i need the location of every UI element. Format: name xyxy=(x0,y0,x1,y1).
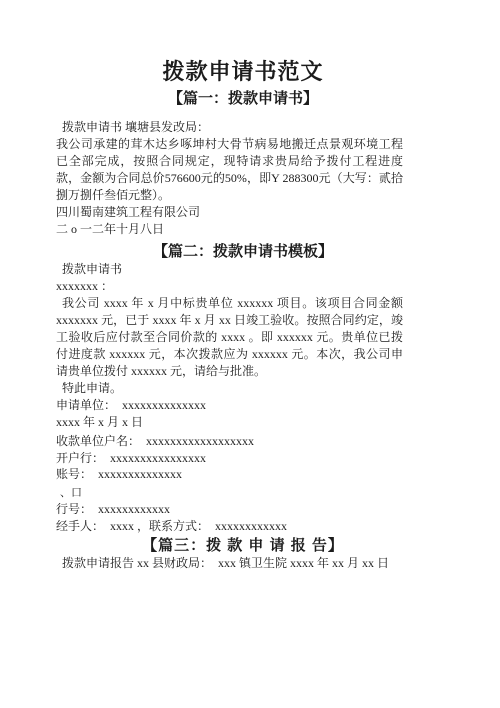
part1-date-line: 二 o 一二年十月八日 xyxy=(56,221,403,238)
part1-heading: 【篇一：拨款申请书】 xyxy=(0,89,500,108)
part2-doc-title: 拨款申请书 xyxy=(56,261,403,278)
part1-salutation: 拨款申请书 壤塘县发改局： xyxy=(56,119,403,136)
field-account-number: 账号： xxxxxxxxxxxxxx xyxy=(56,466,403,483)
part1-company-signature: 四川蜀南建筑工程有限公司 xyxy=(56,204,403,221)
part2-salutation: xxxxxxx ： xyxy=(56,278,403,295)
document-body: 拨款申请书范文 【篇一：拨款申请书】 拨款申请书 壤塘县发改局： 我公司承建的茸… xyxy=(0,0,500,572)
part3-intro-line: 拨款申请报告 xx 县财政局： xxx 镇卫生院 xxxx 年 xx 月 xx … xyxy=(56,555,403,572)
page-title: 拨款申请书范文 xyxy=(0,59,500,85)
part2-heading: 【篇二：拨款申请书模板】 xyxy=(0,242,500,261)
part1-body-paragraph: 我公司承建的茸木达乡啄坤村大骨节病易地搬迁点景观环境工程已全部完成，按照合同规定… xyxy=(56,136,403,204)
document-page: { "document": { "title": "拨款申请书范文", "col… xyxy=(0,0,500,708)
field-branch-number: 行号： xxxxxxxxxxxx xyxy=(56,501,403,518)
part2-body-paragraph: 我公司 xxxx 年 x 月中标贵单位 xxxxxx 项目。该项目合同金额 xx… xyxy=(56,295,403,380)
part1-section: 拨款申请书 壤塘县发改局： 我公司承建的茸木达乡啄坤村大骨节病易地搬迁点景观环境… xyxy=(56,119,403,238)
field-payee-account-name: 收款单位户名： xxxxxxxxxxxxxxxxxx xyxy=(56,433,403,450)
field-applicant-unit: 申请单位： xxxxxxxxxxxxxx xyxy=(56,397,403,414)
part2-section: 拨款申请书 xxxxxxx ： 我公司 xxxx 年 x 月中标贵单位 xxxx… xyxy=(56,261,403,534)
part3-section: 拨款申请报告 xx 县财政局： xxx 镇卫生院 xxxx 年 xx 月 xx … xyxy=(56,555,403,572)
print-artifact-mark: 、口 xyxy=(56,485,403,502)
field-bank: 开户行： xxxxxxxxxxxxxxxx xyxy=(56,450,403,467)
field-handler-contact: 经手人： xxxx ，联系方式： xxxxxxxxxxxx xyxy=(56,518,403,535)
part2-closing: 特此申请。 xyxy=(56,380,403,397)
field-apply-date: xxxx 年 x 月 x 日 xyxy=(56,414,403,431)
part3-heading: 【篇三：拨 款 申 请 报 告】 xyxy=(0,536,500,555)
